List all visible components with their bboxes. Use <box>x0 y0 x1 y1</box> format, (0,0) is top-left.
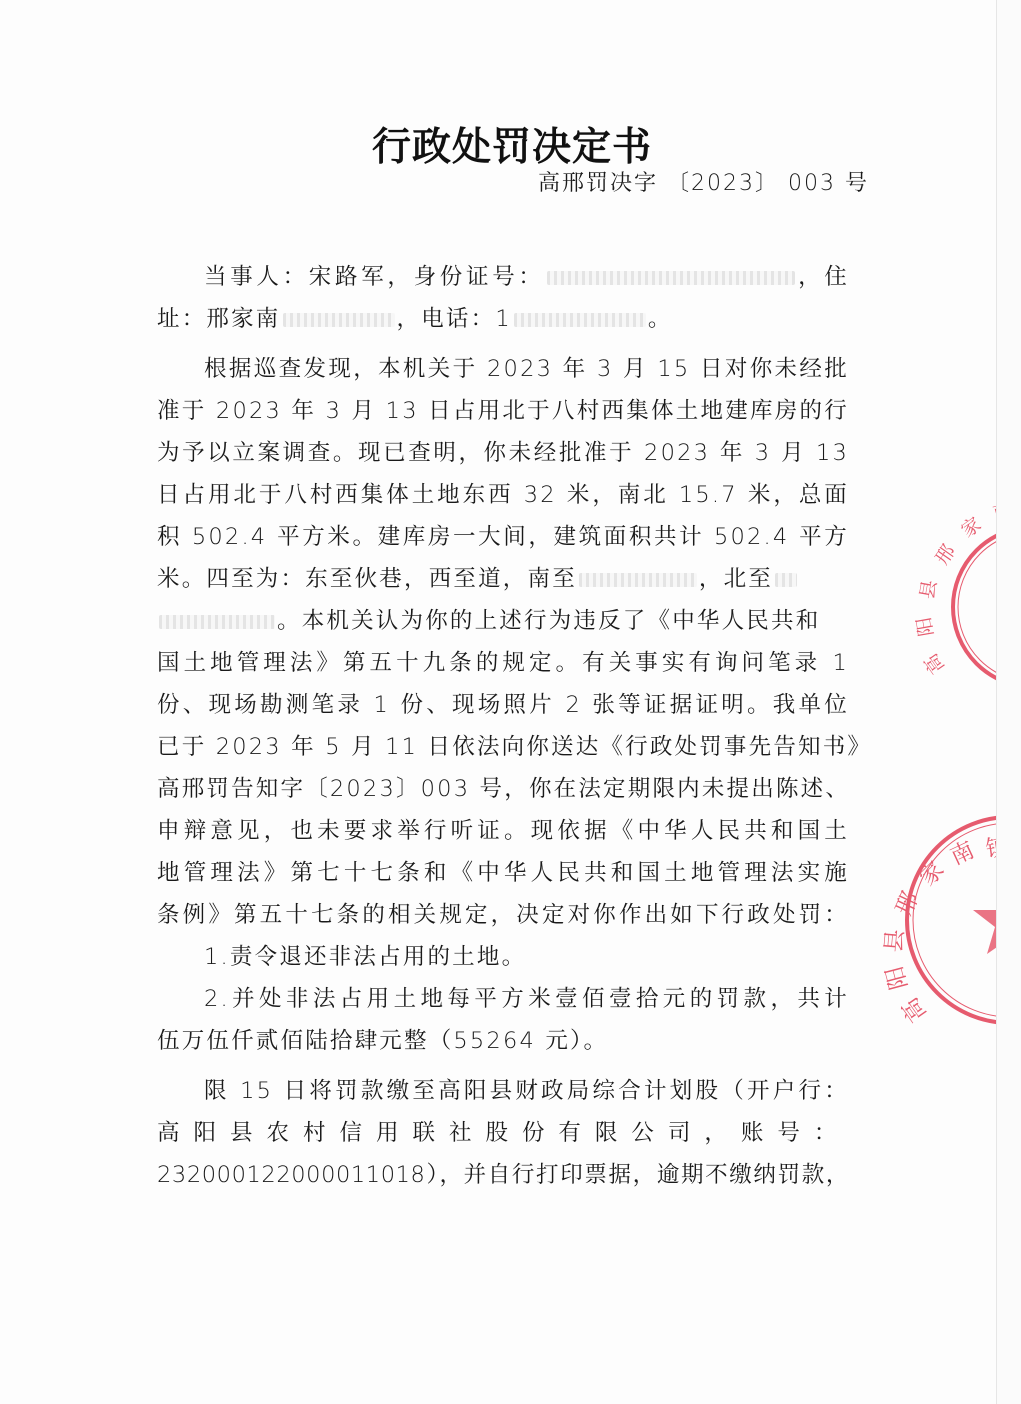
party-line-2-end: 。 <box>648 306 673 332</box>
svg-text:邢: 邢 <box>891 888 924 920</box>
penalty-item-2-cont: 伍万伍仟贰佰陆拾肆元整（55264 元）。 <box>157 1026 849 1056</box>
svg-text:县: 县 <box>881 928 909 953</box>
body-line: 份、现场勘测笔录 1 份、现场照片 2 张等证据证明。我单位 <box>157 690 849 720</box>
svg-text:高: 高 <box>920 650 949 678</box>
body-line: 高邢罚告知字〔2023〕003 号，你在法定期限内未提出陈述、 <box>157 774 849 804</box>
address-label: 址：邢家南 <box>157 306 281 332</box>
body-line: 积 502.4 平方米。建库房一大间，建筑面积共计 502.4 平方 <box>157 522 849 552</box>
document-page: 行政处罚决定书 高邢罚决字 〔2023〕 003 号 当事人：宋路军，身份证号：… <box>0 0 1021 1404</box>
boundary-line-2: 。本机关认为你的上述行为违反了《中华人民共和 <box>157 606 849 636</box>
redacted-address <box>283 313 395 327</box>
svg-text:家: 家 <box>915 857 950 892</box>
violation-text: 。本机关认为你的上述行为违反了《中华人民共和 <box>277 608 820 634</box>
redacted-north-boundary-cont <box>159 615 275 629</box>
body-line: 地管理法》第七十七条和《中华人民共和国土地管理法实施 <box>157 858 849 888</box>
svg-text:阳: 阳 <box>913 615 938 638</box>
redacted-south-boundary <box>579 573 697 587</box>
body-line: 日占用北于八村西集体土地东西 32 米，南北 15.7 米，总面 <box>157 480 849 510</box>
body-line: 准于 2023 年 3 月 13 日占用北于八村西集体土地建库房的行 <box>157 396 849 426</box>
party-line-1-suffix: ，住 <box>797 264 849 290</box>
payment-line-3-text: ），并自行打印票据，逾期不缴纳罚款， <box>425 1162 849 1188</box>
body-line: 已于 2023 年 5 月 11 日依法向你送达《行政处罚事先告知书》 <box>157 732 849 762</box>
redacted-id-number <box>547 271 795 285</box>
body-line: 国土地管理法》第五十九条的规定。有关事实有询问笔录 1 <box>157 648 849 678</box>
svg-text:邢: 邢 <box>931 541 960 569</box>
account-number: 232000122000011018 <box>157 1162 425 1188</box>
payment-line-2: 高阳县农村信用联社股份有限公司，账号： <box>157 1118 849 1148</box>
party-label: 当事人：宋路军，身份证号： <box>204 264 545 290</box>
redacted-phone <box>514 313 646 327</box>
redacted-north-boundary <box>775 573 797 587</box>
boundary-north-label: ，北至 <box>699 566 773 592</box>
payment-line-1: 限 15 日将罚款缴至高阳县财政局综合计划股（开户行： <box>204 1076 849 1106</box>
svg-text:南: 南 <box>947 837 979 870</box>
phone-label: ，电话：1 <box>397 306 512 332</box>
payment-line-3: 232000122000011018），并自行打印票据，逾期不缴纳罚款， <box>157 1160 849 1190</box>
boundary-line: 米。四至为：东至伙巷，西至道，南至，北至 <box>157 564 849 594</box>
penalty-item-1: 1.责令退还非法占用的土地。 <box>204 942 849 972</box>
party-line-2: 址：邢家南，电话：1。 <box>157 304 849 334</box>
body-line: 申辩意见，也未要求举行听证。现依据《中华人民共和国土 <box>157 816 849 846</box>
party-line-1: 当事人：宋路军，身份证号：，住 <box>204 262 849 292</box>
body-line: 条例》第五十七条的相关规定，决定对你作出如下行政处罚： <box>157 900 849 930</box>
document-title: 行政处罚决定书 <box>372 116 652 172</box>
scan-margin <box>997 0 1021 1404</box>
body-line: 为予以立案调查。现已查明，你未经批准于 2023 年 3 月 13 <box>157 438 849 468</box>
document-number: 高邢罚决字 〔2023〕 003 号 <box>538 166 869 197</box>
body-line: 根据巡查发现，本机关于 2023 年 3 月 15 日对你未经批 <box>204 354 849 384</box>
boundary-text: 米。四至为：东至伙巷，西至道，南至 <box>157 566 577 592</box>
svg-text:高: 高 <box>897 993 931 1027</box>
penalty-item-2: 2.并处非法占用土地每平方米壹佰壹拾元的罚款，共计 <box>204 984 849 1014</box>
svg-text:县: 县 <box>916 578 941 601</box>
svg-text:家: 家 <box>957 513 985 542</box>
svg-text:阳: 阳 <box>882 963 913 992</box>
